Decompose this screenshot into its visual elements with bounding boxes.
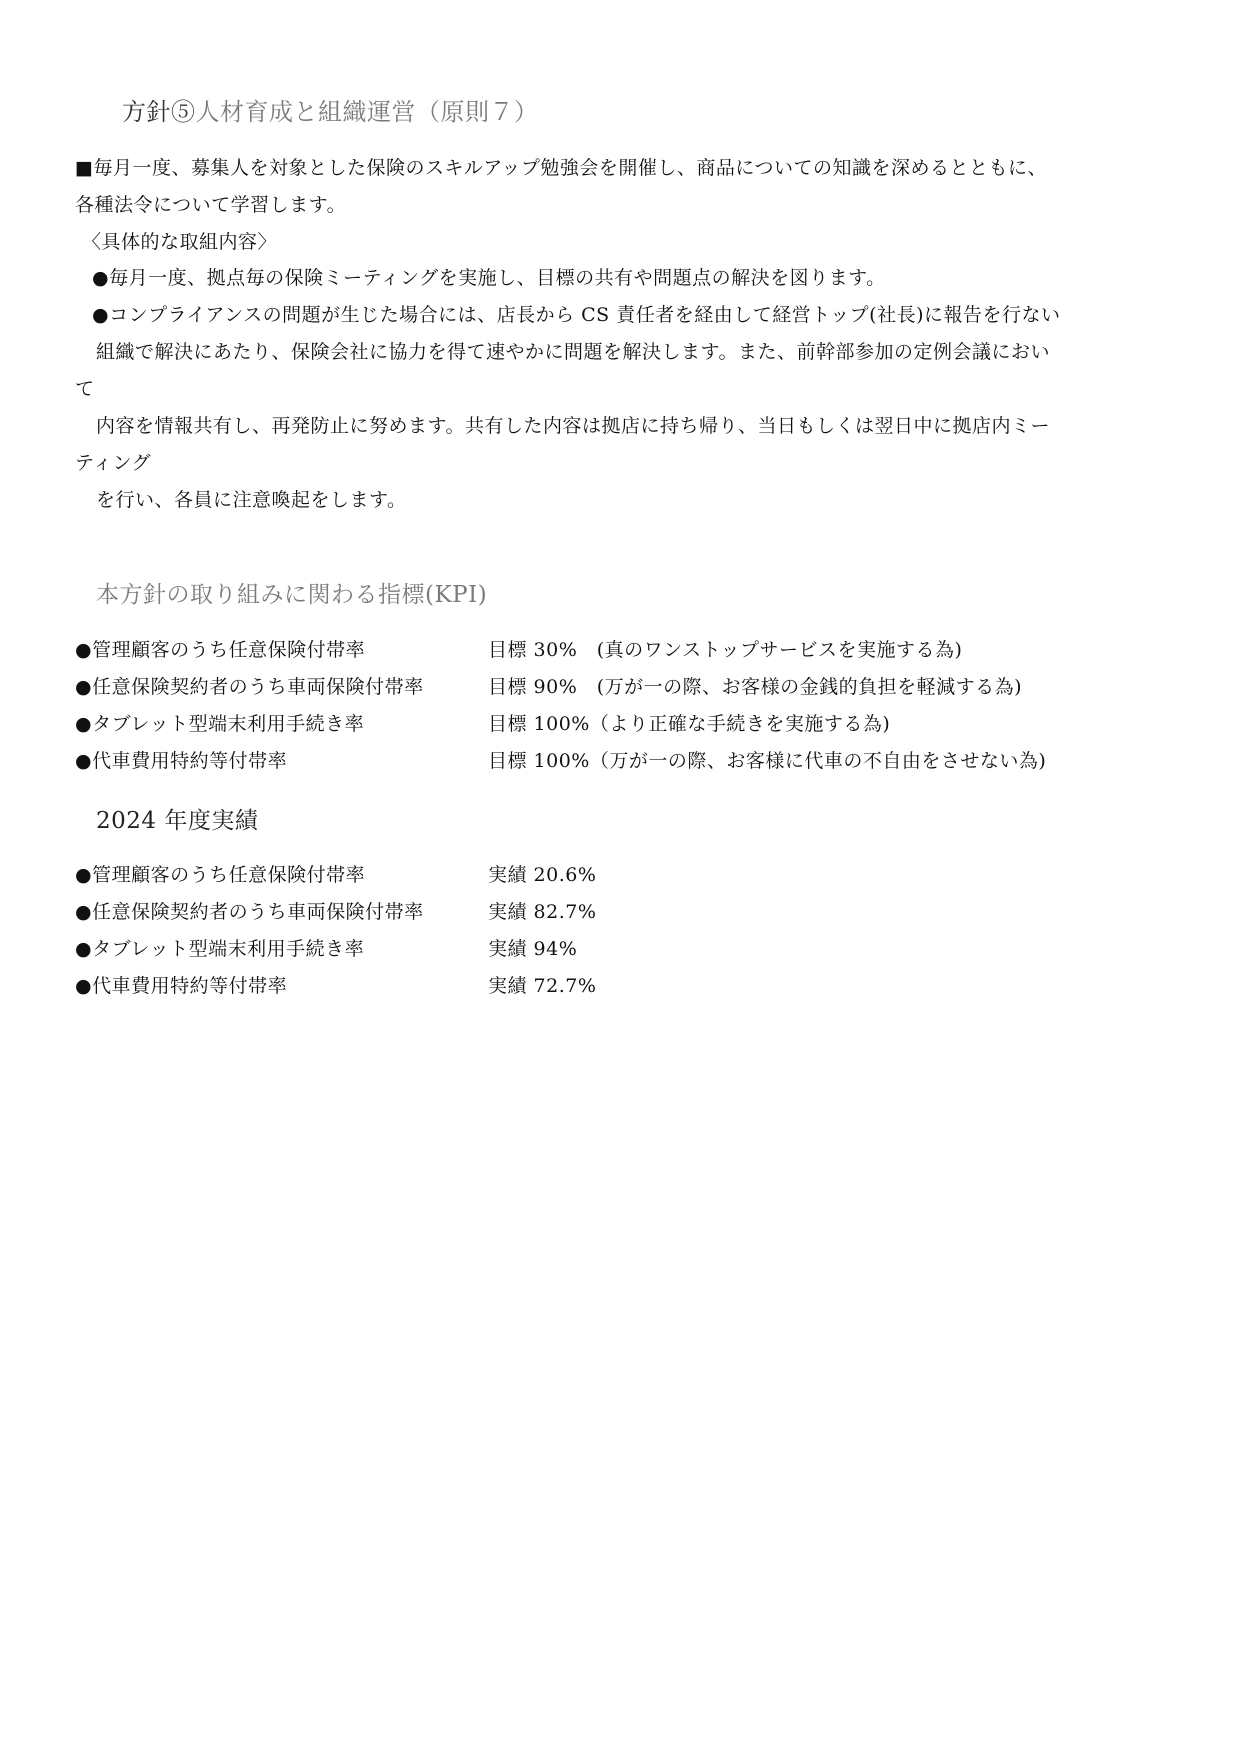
- section-title-rest: 人材育成と組織運営（原則７）: [196, 98, 539, 126]
- specific-item-1: ●毎月一度、拠点毎の保険ミーティングを実施し、目標の共有や問題点の解決を図ります…: [92, 265, 886, 291]
- specific-item-2-cont-3: 内容を情報共有し、再発防止に努めます。共有した内容は拠店に持ち帰り、当日もしくは…: [96, 413, 1050, 439]
- specific-item-2-cont-1: 組織で解決にあたり、保険会社に協力を得て速やかに問題を解決します。また、前幹部参…: [96, 339, 1050, 365]
- kpi-target: 目標 100%（より正確な手続きを実施する為): [488, 711, 890, 737]
- specific-item-2: ●コンプライアンスの問題が生じた場合には、店長から CS 責任者を経由して経営ト…: [92, 302, 1061, 328]
- specific-item-2-cont-2: て: [75, 376, 95, 402]
- result-value: 実績 20.6%: [488, 862, 596, 888]
- kpi-label: ●管理顧客のうち任意保険付帯率: [75, 637, 365, 663]
- intro-line-2: 各種法令について学習します。: [75, 192, 346, 218]
- kpi-target: 目標 90% (万が一の際、お客様の金銭的負担を軽減する為): [488, 674, 1022, 700]
- specific-item-2-cont-5: を行い、各員に注意喚起をします。: [96, 487, 406, 513]
- result-value: 実績 94%: [488, 936, 577, 962]
- result-label: ●タブレット型端末利用手続き率: [75, 936, 364, 962]
- kpi-target: 目標 30% (真のワンストップサービスを実施する為): [488, 637, 962, 663]
- section-title: 方針⑤人材育成と組織運営（原則７）: [122, 97, 539, 127]
- result-value: 実績 72.7%: [488, 973, 596, 999]
- kpi-label: ●代車費用特約等付帯率: [75, 748, 287, 774]
- section-title-prefix: 方針⑤: [122, 98, 196, 126]
- kpi-label: ●任意保険契約者のうち車両保険付帯率: [75, 674, 424, 700]
- intro-line-1: ■毎月一度、募集人を対象とした保険のスキルアップ勉強会を開催し、商品についての知…: [75, 155, 1047, 181]
- specific-heading: 〈具体的な取組内容〉: [82, 229, 277, 255]
- kpi-heading: 本方針の取り組みに関わる指標(KPI): [96, 580, 487, 610]
- result-label: ●管理顧客のうち任意保険付帯率: [75, 862, 365, 888]
- kpi-label: ●タブレット型端末利用手続き率: [75, 711, 364, 737]
- kpi-target: 目標 100%（万が一の際、お客様に代車の不自由をさせない為): [488, 748, 1046, 774]
- specific-item-2-cont-4: ティング: [75, 450, 151, 476]
- result-value: 実績 82.7%: [488, 899, 596, 925]
- result-label: ●任意保険契約者のうち車両保険付帯率: [75, 899, 424, 925]
- results-heading: 2024 年度実績: [96, 806, 258, 836]
- result-label: ●代車費用特約等付帯率: [75, 973, 287, 999]
